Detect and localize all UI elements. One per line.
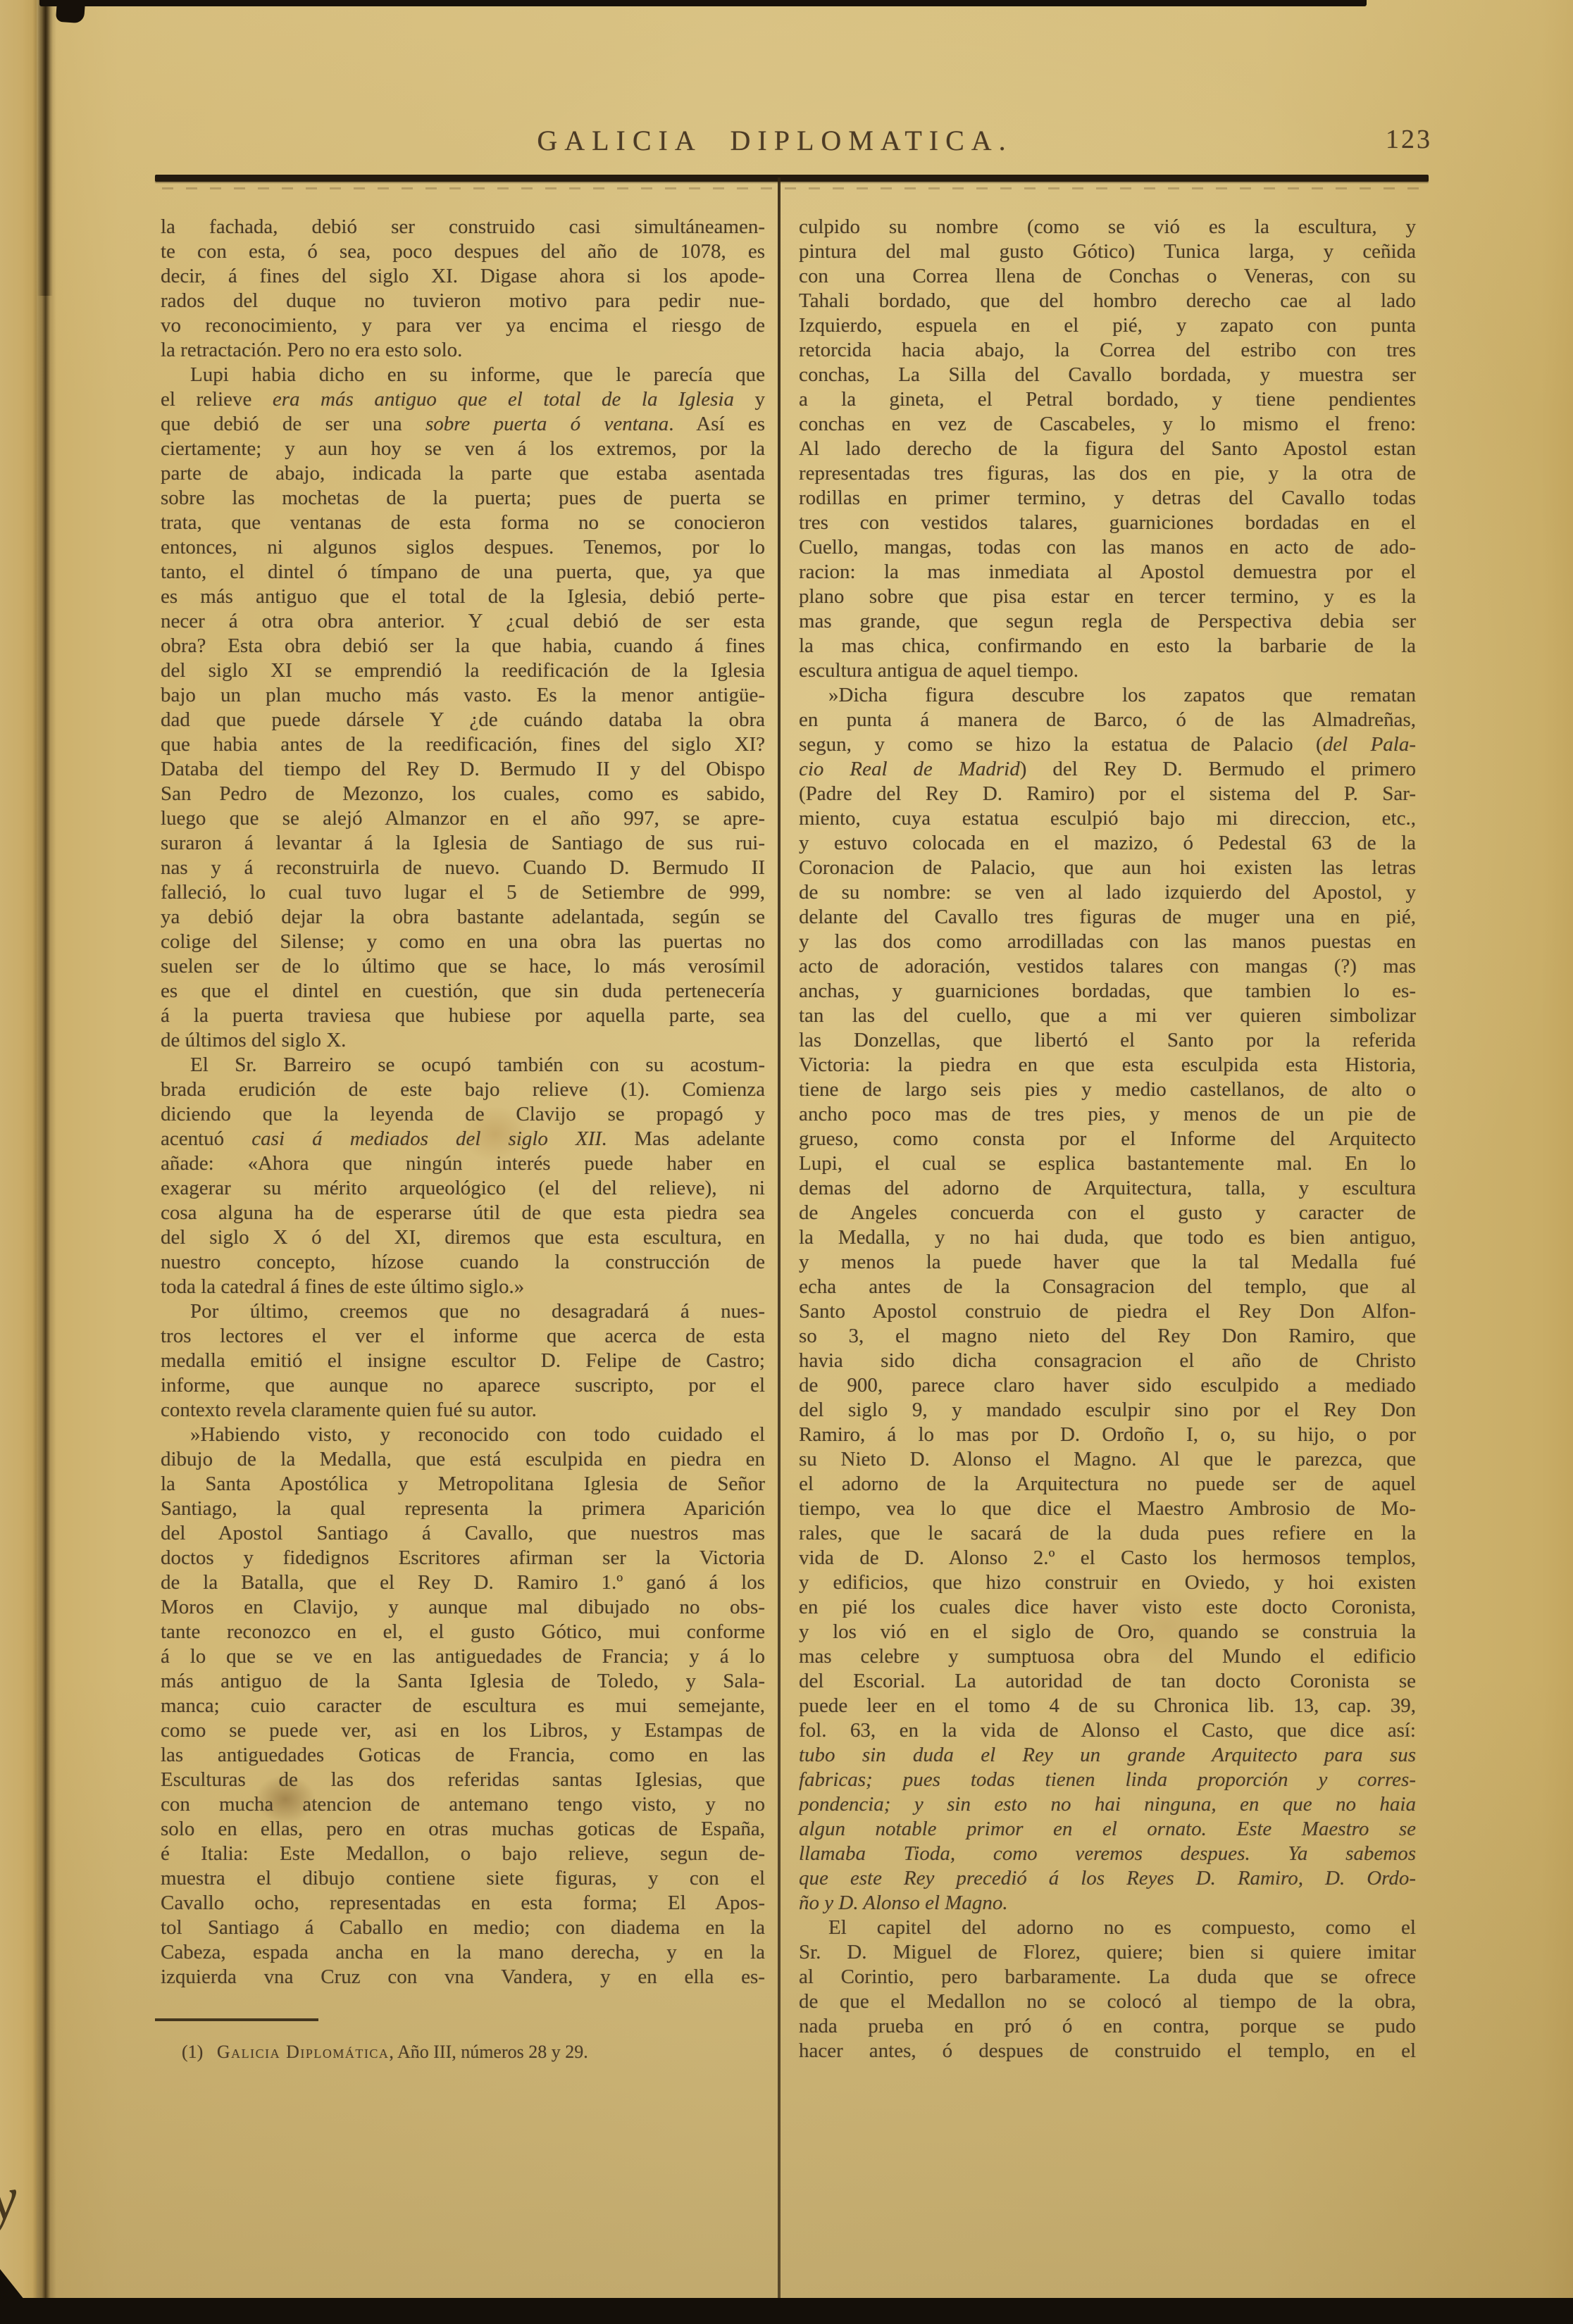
text-line: miento, cuya estatua esculpió bajo mi di… xyxy=(799,806,1416,831)
text-line: te con esta, ó sea, poco despues del año… xyxy=(161,239,765,264)
text-line: es más antiguo que el total de la Iglesi… xyxy=(161,585,765,609)
text-line: Sr. D. Miguel de Florez, quiere; bien si… xyxy=(799,1940,1416,1965)
text-line: decir, á fines del siglo XI. Digase ahor… xyxy=(161,264,765,289)
text-line: echa antes de la Consagracion del templo… xyxy=(799,1275,1416,1299)
text-line: tanto, el dintel ó tímpano de una puerta… xyxy=(161,560,765,585)
scan-top-edge xyxy=(39,0,1367,6)
text-line: medalla emitió el insigne escultor D. Fe… xyxy=(161,1349,765,1373)
text-line: solo en ellas, pero en otras muchas goti… xyxy=(161,1817,765,1842)
text-line: Coronacion de Palacio, que aun hoi exist… xyxy=(799,856,1416,880)
text-line: El Sr. Barreiro se ocupó también con su … xyxy=(161,1053,765,1077)
text-line: sobre las mochetas de la puerta; pues de… xyxy=(161,486,765,511)
text-line: nuestro concepto, hízose cuando la const… xyxy=(161,1250,765,1275)
text-line: llamaba Tioda, como veremos despues. Ya … xyxy=(799,1842,1416,1866)
text-line: dad que puede dársele Y ¿de cuándo datab… xyxy=(161,708,765,732)
text-line: y menos la puede haver que la tal Medall… xyxy=(799,1250,1416,1275)
text-line: tiene de largo seis pies y medio castell… xyxy=(799,1077,1416,1102)
text-line: »Habiendo visto, y reconocido con todo c… xyxy=(161,1423,765,1447)
adjacent-page-edge xyxy=(0,0,37,2324)
text-line: la fachada, debió ser construido casi si… xyxy=(161,215,765,239)
text-line: Santo Apostol construio de piedra el Rey… xyxy=(799,1299,1416,1324)
text-line: su Nieto D. Alonso el Magno. Al que le p… xyxy=(799,1447,1416,1472)
text-line: brada erudición de este bajo relieve (1)… xyxy=(161,1077,765,1102)
text-line: luego que se alejó Almanzor en el año 99… xyxy=(161,806,765,831)
text-line: Tahali bordado, que del hombro derecho c… xyxy=(799,289,1416,313)
text-line: del siglo 9, y mandado esculpir sino por… xyxy=(799,1398,1416,1423)
text-line: Por último, creemos que no desagradará á… xyxy=(161,1299,765,1324)
text-line: mas celebre y sumptuosa obra del Mundo e… xyxy=(799,1644,1416,1669)
text-line: Izquierdo, espuela en el pié, y zapato c… xyxy=(799,313,1416,338)
text-line: la mas chica, confirmando en esto la bar… xyxy=(799,634,1416,658)
right-text-column: culpido su nombre (como se vió es la esc… xyxy=(799,215,1416,2063)
text-line: dibujo de la Medalla, que está esculpida… xyxy=(161,1447,765,1472)
text-line: tol Santiago á Caballo en medio; con dia… xyxy=(161,1916,765,1940)
text-line: la Medalla, y no hai duda, que todo es b… xyxy=(799,1225,1416,1250)
text-line: retorcida hacia abajo, la Correa del est… xyxy=(799,338,1416,363)
text-line: ya debió dejar la obra bastante adelanta… xyxy=(161,905,765,930)
text-line: San Pedro de Mezonzo, los cuales, como e… xyxy=(161,782,765,806)
text-line: tros lectores el ver el informe que acer… xyxy=(161,1324,765,1349)
text-line: á lo que se ve en las antiguedades de Fr… xyxy=(161,1644,765,1669)
text-line: que este Rey precedió á los Reyes D. Ram… xyxy=(799,1866,1416,1891)
text-line: vo reconocimiento, y para ver ya encima … xyxy=(161,313,765,338)
text-line: Lupi, el cual se esplica bastantemente m… xyxy=(799,1151,1416,1176)
text-line: que habia antes de la reedificación, fin… xyxy=(161,732,765,757)
text-line: doctos y fidedignos Escritores afirman s… xyxy=(161,1546,765,1570)
text-line: Santiago, la qual representa la primera … xyxy=(161,1497,765,1521)
text-line: mas grande, que segun regla de Perspecti… xyxy=(799,609,1416,634)
text-line: »Dicha figura descubre los zapatos que r… xyxy=(799,683,1416,708)
scan-top-blob xyxy=(56,0,85,23)
text-line: ciertamente; y aun hoy se ven á los extr… xyxy=(161,437,765,461)
text-line: en pié los cuales dice haver visto este … xyxy=(799,1595,1416,1620)
text-line: el relieve era más antiguo que el total … xyxy=(161,387,765,412)
text-line: nas y á reconstruirla de nuevo. Cuando D… xyxy=(161,856,765,880)
header-rule xyxy=(155,175,1429,182)
text-line: Cavallo ocho, representadas en esta form… xyxy=(161,1891,765,1916)
text-line: toda la catedral á fines de este último … xyxy=(161,1275,765,1299)
text-line: representadas tres figuras, las dos en p… xyxy=(799,461,1416,486)
text-line: Victoria: la piedra en que esta esculpid… xyxy=(799,1053,1416,1077)
scan-bottom-edge xyxy=(0,2298,1573,2324)
text-line: de 900, parece claro haver sido esculpid… xyxy=(799,1373,1416,1398)
footnote-rule xyxy=(155,2018,318,2021)
text-line: havia sido dicha consagracion el año de … xyxy=(799,1349,1416,1373)
journal-title: GALICIA DIPLOMATICA. xyxy=(0,124,1550,157)
text-line: con mucha atencion de antemano tengo vis… xyxy=(161,1792,765,1817)
text-line: tiempo, vea lo que dice el Maestro Ambro… xyxy=(799,1497,1416,1521)
text-line: y edificios, que hizo construir en Ovied… xyxy=(799,1570,1416,1595)
column-divider-rule xyxy=(778,177,781,2300)
text-line: en punta á manera de Barco, ó de las Alm… xyxy=(799,708,1416,732)
page-number: 123 xyxy=(1367,124,1451,155)
text-line: vida de D. Alonso 2.º el Casto los hermo… xyxy=(799,1546,1416,1570)
text-line: Databa del tiempo del Rey D. Bermudo II … xyxy=(161,757,765,782)
text-line: Al lado derecho de la figura del Santo A… xyxy=(799,437,1416,461)
text-line: bajo un plan mucho más vasto. Es la meno… xyxy=(161,683,765,708)
text-line: el adorno de la Arquitectura no puede se… xyxy=(799,1472,1416,1497)
text-line: parte de abajo, indicada la parte que es… xyxy=(161,461,765,486)
text-line: Lupi habia dicho en su informe, que le p… xyxy=(161,363,765,387)
text-line: rales, que le sacará de la duda pues ref… xyxy=(799,1521,1416,1546)
text-line: segun, y como se hizo la estatua de Pala… xyxy=(799,732,1416,757)
text-line: á la puerta traviesa que hubiese por aqu… xyxy=(161,1004,765,1028)
text-line: de que el Medallon no se colocó al tiemp… xyxy=(799,1989,1416,2014)
text-line: suraron á levantar á la Iglesia de Santi… xyxy=(161,831,765,856)
text-line: escultura antigua de aquel tiempo. xyxy=(799,658,1416,683)
text-line: de su nombre: se ven al lado izquierdo d… xyxy=(799,880,1416,905)
text-line: (Padre del Rey D. Ramiro) por el sistema… xyxy=(799,782,1416,806)
text-line: anchas, y guarniciones bordadas, que tam… xyxy=(799,979,1416,1004)
text-line: de la Batalla, que el Rey D. Ramiro 1.º … xyxy=(161,1570,765,1595)
text-line: izquierda vna Cruz con vna Vandera, y en… xyxy=(161,1965,765,1989)
binding-crease xyxy=(32,0,56,2324)
text-line: que debió de ser una sobre puerta ó vent… xyxy=(161,412,765,437)
text-line: tres con vestidos talares, guarniciones … xyxy=(799,511,1416,535)
text-line: conchas en vez de Cascabeles, y lo mismo… xyxy=(799,412,1416,437)
text-line: manca; cuio caracter de escultura es mui… xyxy=(161,1694,765,1718)
text-line: tubo sin duda el Rey un grande Arquitect… xyxy=(799,1743,1416,1768)
text-line: hacer antes, ó despues de construido el … xyxy=(799,2039,1416,2063)
text-line: é Italia: Este Medallon, o bajo relieve,… xyxy=(161,1842,765,1866)
text-line: pintura del mal gusto Gótico) Tunica lar… xyxy=(799,239,1416,264)
text-line: puede leer en el tomo 4 de su Chronica l… xyxy=(799,1694,1416,1718)
text-line: más antiguo de la Santa Iglesia de Toled… xyxy=(161,1669,765,1694)
text-line: acto de adoración, vestidos talares con … xyxy=(799,954,1416,979)
text-line: demas del adorno de Arquitectura, talla,… xyxy=(799,1176,1416,1201)
scanned-page: GALICIA DIPLOMATICA. 123 la fachada, deb… xyxy=(0,0,1573,2324)
text-line: plano sobre que pisa estar en tercer ter… xyxy=(799,585,1416,609)
text-line: las Donzellas, que libertó el Santo por … xyxy=(799,1028,1416,1053)
text-line: del siglo X ó del XI, diremos que esta e… xyxy=(161,1225,765,1250)
text-line: muestra el dibujo contiene siete figuras… xyxy=(161,1866,765,1891)
text-line: obra? Esta obra debió ser la que habia, … xyxy=(161,634,765,658)
text-line: so 3, el magno nieto del Rey Don Ramiro,… xyxy=(799,1324,1416,1349)
text-line: exagerar su mérito arqueológico (el del … xyxy=(161,1176,765,1201)
text-line: acentuó casi á mediados del siglo XII. M… xyxy=(161,1127,765,1151)
text-line: diciendo que la leyenda de Clavijo se pr… xyxy=(161,1102,765,1127)
text-line: entonces, ni algunos siglos despues. Ten… xyxy=(161,535,765,560)
text-line: Cabeza, espada ancha en la mano derecha,… xyxy=(161,1940,765,1965)
text-line: como se puede ver, asi en los Libros, y … xyxy=(161,1718,765,1743)
text-line: la retractación. Pero no era esto solo. xyxy=(161,338,765,363)
text-line: suelen ser de lo último que se hace, lo … xyxy=(161,954,765,979)
text-line: añade: «Ahora que ningún interés puede h… xyxy=(161,1151,765,1176)
text-line: trata, que ventanas de esta forma no se … xyxy=(161,511,765,535)
text-line: cio Real de Madrid) del Rey D. Bermudo e… xyxy=(799,757,1416,782)
text-line: algun notable primor en el ornato. Este … xyxy=(799,1817,1416,1842)
text-line: al Corintio, pero barbaramente. La duda … xyxy=(799,1965,1416,1989)
text-line: Moros en Clavijo, y aunque mal dibujado … xyxy=(161,1595,765,1620)
text-line: Ramiro, á lo mas por D. Ordoño I, o, su … xyxy=(799,1423,1416,1447)
text-line: con una Correa llena de Conchas o Venera… xyxy=(799,264,1416,289)
text-line: del Escorial. La autoridad de tan docto … xyxy=(799,1669,1416,1694)
text-line: del Apostol Santiago á Cavallo, que nues… xyxy=(161,1521,765,1546)
text-line: del siglo XI se emprendió la reedificaci… xyxy=(161,658,765,683)
text-line: rodillas en primer termino, y detras del… xyxy=(799,486,1416,511)
text-line: la Santa Apostólica y Metropolitana Igle… xyxy=(161,1472,765,1497)
text-line: grueso, como consta por el Informe del A… xyxy=(799,1127,1416,1151)
text-line: conchas, La Silla del Cavallo bordada, y… xyxy=(799,363,1416,387)
text-line: El capitel del adorno no es compuesto, c… xyxy=(799,1916,1416,1940)
text-line: Cuello, mangas, todas con las manos en a… xyxy=(799,535,1416,560)
text-line: culpido su nombre (como se vió es la esc… xyxy=(799,215,1416,239)
text-line: (1) Galicia Diplomática, Año III, número… xyxy=(161,2039,765,2064)
text-line: tan las del cuello, que a mi ver quieren… xyxy=(799,1004,1416,1028)
text-line: cosa alguna ha de esperarse útil de que … xyxy=(161,1201,765,1225)
text-line: las antiguedades Goticas de Francia, com… xyxy=(161,1743,765,1768)
text-line: de Angeles concuerda con el gusto y cara… xyxy=(799,1201,1416,1225)
text-line: tante reconozco en el, el gusto Gótico, … xyxy=(161,1620,765,1644)
text-line: rados del duque no tuvieron motivo para … xyxy=(161,289,765,313)
text-line: nada prueba en pró ó en contra, porque s… xyxy=(799,2014,1416,2039)
text-line: ño y D. Alonso el Magno. xyxy=(799,1891,1416,1916)
text-line: falleció, lo cual tuvo lugar el 5 de Set… xyxy=(161,880,765,905)
print-artifact-line xyxy=(162,187,1423,189)
text-line: Esculturas de las dos referidas santas I… xyxy=(161,1768,765,1792)
text-line: colige del Silense; y como en una obra l… xyxy=(161,930,765,954)
text-line: y las dos como arrodilladas con las mano… xyxy=(799,930,1416,954)
text-line: de últimos del siglo X. xyxy=(161,1028,765,1053)
text-line: informe, que aunque no aparece suscripto… xyxy=(161,1373,765,1398)
text-line: pondencia; y sin esto no hai ninguna, en… xyxy=(799,1792,1416,1817)
text-line: contexto revela claramente quien fué su … xyxy=(161,1398,765,1423)
text-line: ancho poco mas de tres pies, y menos de … xyxy=(799,1102,1416,1127)
text-line: delante del Cavallo tres figuras de muge… xyxy=(799,905,1416,930)
left-text-column: la fachada, debió ser construido casi si… xyxy=(161,215,765,1989)
footnote: (1) Galicia Diplomática, Año III, número… xyxy=(161,2039,765,2064)
text-line: fol. 63, en la vida de Alonso el Casto, … xyxy=(799,1718,1416,1743)
text-line: y estuvo colocada en el mazizo, ó Pedest… xyxy=(799,831,1416,856)
text-line: racion: la mas inmediata al Apostol demu… xyxy=(799,560,1416,585)
text-line: necer á otra obra anterior. Y ¿cual debi… xyxy=(161,609,765,634)
text-line: a la gineta, el Petral bordado, y tiene … xyxy=(799,387,1416,412)
text-line: fabricas; pues todas tienen linda propor… xyxy=(799,1768,1416,1792)
text-line: y los vió en el siglo de Oro, quando se … xyxy=(799,1620,1416,1644)
text-line: es que el dintel en cuestión, que sin du… xyxy=(161,979,765,1004)
